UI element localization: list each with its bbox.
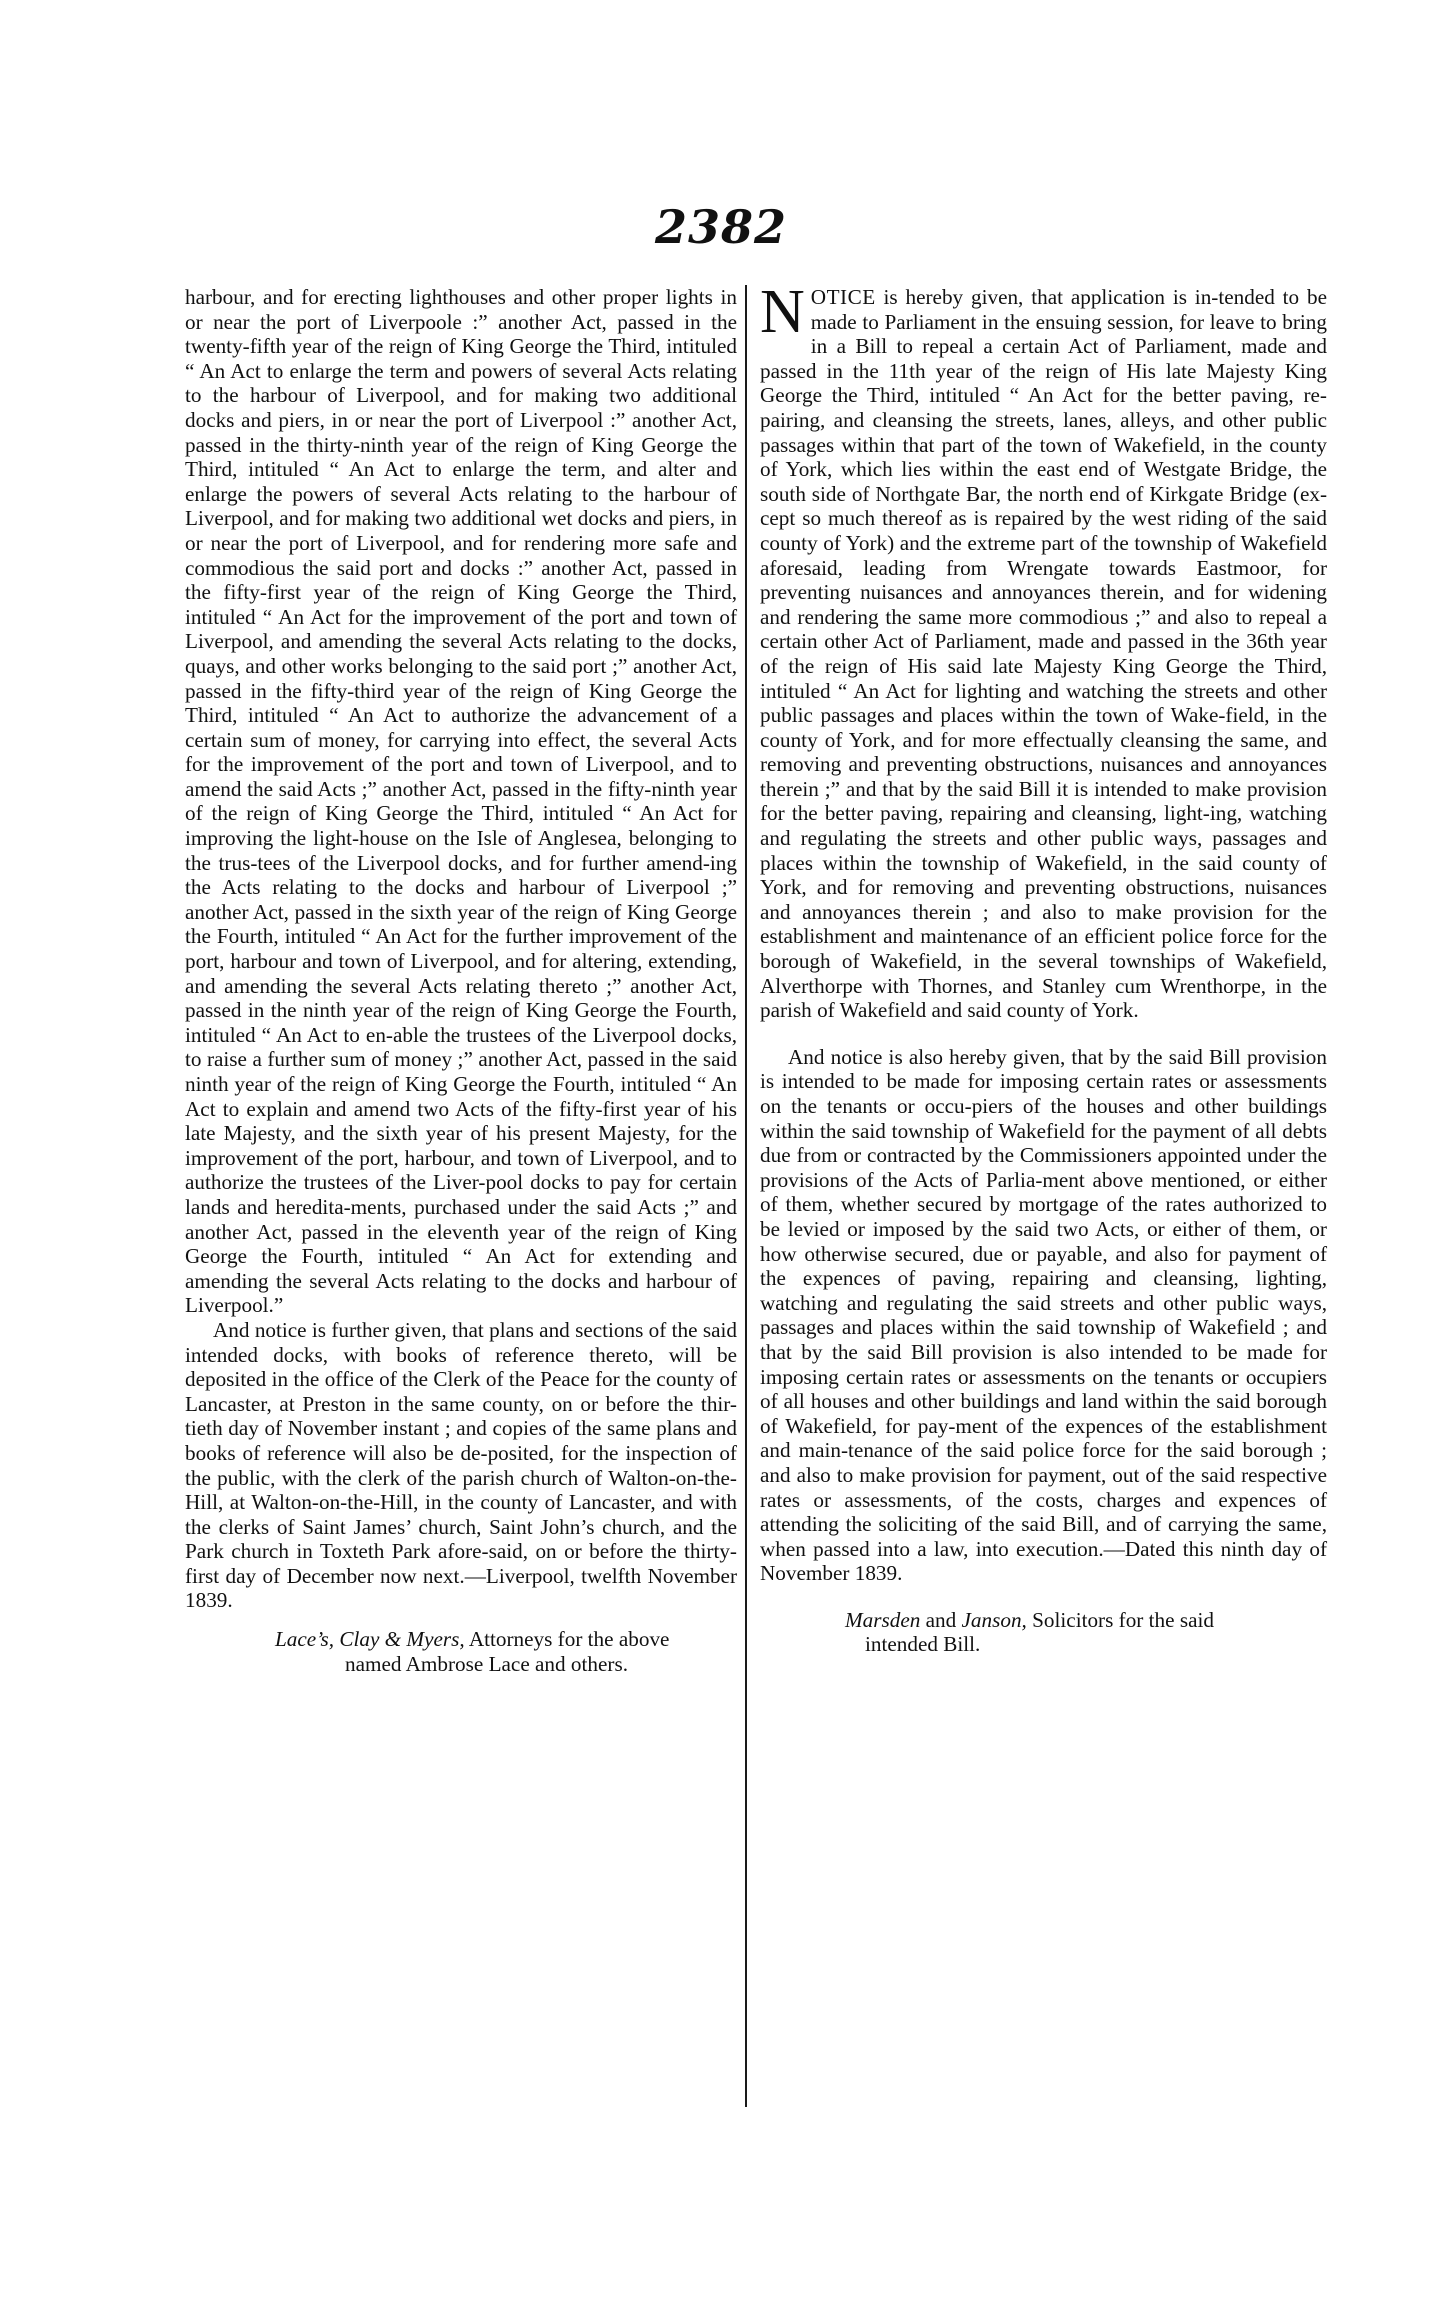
attorneys-role: Attorneys for the above [465,1627,670,1651]
column-divider-rule [745,285,747,2107]
liverpool-notice-signature: Lace’s, Clay & Myers, Attorneys for the … [185,1627,737,1676]
solicitor-connector: and [920,1608,961,1632]
liverpool-plans-deposit-paragraph: And notice is further given, that plans … [185,1318,737,1613]
wakefield-notice-signature: Marsden and Janson, Solicitors for the s… [760,1608,1327,1657]
solicitors-role: Solicitors for the said [1027,1608,1214,1632]
dropcap-initial: N [760,287,805,337]
solicitor-name-2: Janson, [962,1608,1027,1632]
solicitor-name-1: Marsden [845,1608,920,1632]
attorneys-clients: named Ambrose Lace and others. [275,1652,737,1677]
wakefield-rates-paragraph: And notice is also hereby given, that by… [760,1045,1327,1586]
page-number: 2382 [0,200,1442,254]
solicitors-bill-ref: intended Bill. [845,1632,1327,1657]
liverpool-docks-acts-paragraph: harbour, and for erecting lighthouses an… [185,285,737,1318]
right-column: NOTICE is hereby given, that application… [760,285,1327,1657]
notice-lead-caps: OTICE [811,285,876,309]
wakefield-bill-notice-paragraph: NOTICE is hereby given, that application… [760,285,1327,1023]
attorneys-names: Lace’s, Clay & Myers, [275,1627,465,1651]
wakefield-bill-notice-text: is hereby given, that application is in-… [760,285,1327,1022]
left-column: harbour, and for erecting lighthouses an… [185,285,737,1676]
